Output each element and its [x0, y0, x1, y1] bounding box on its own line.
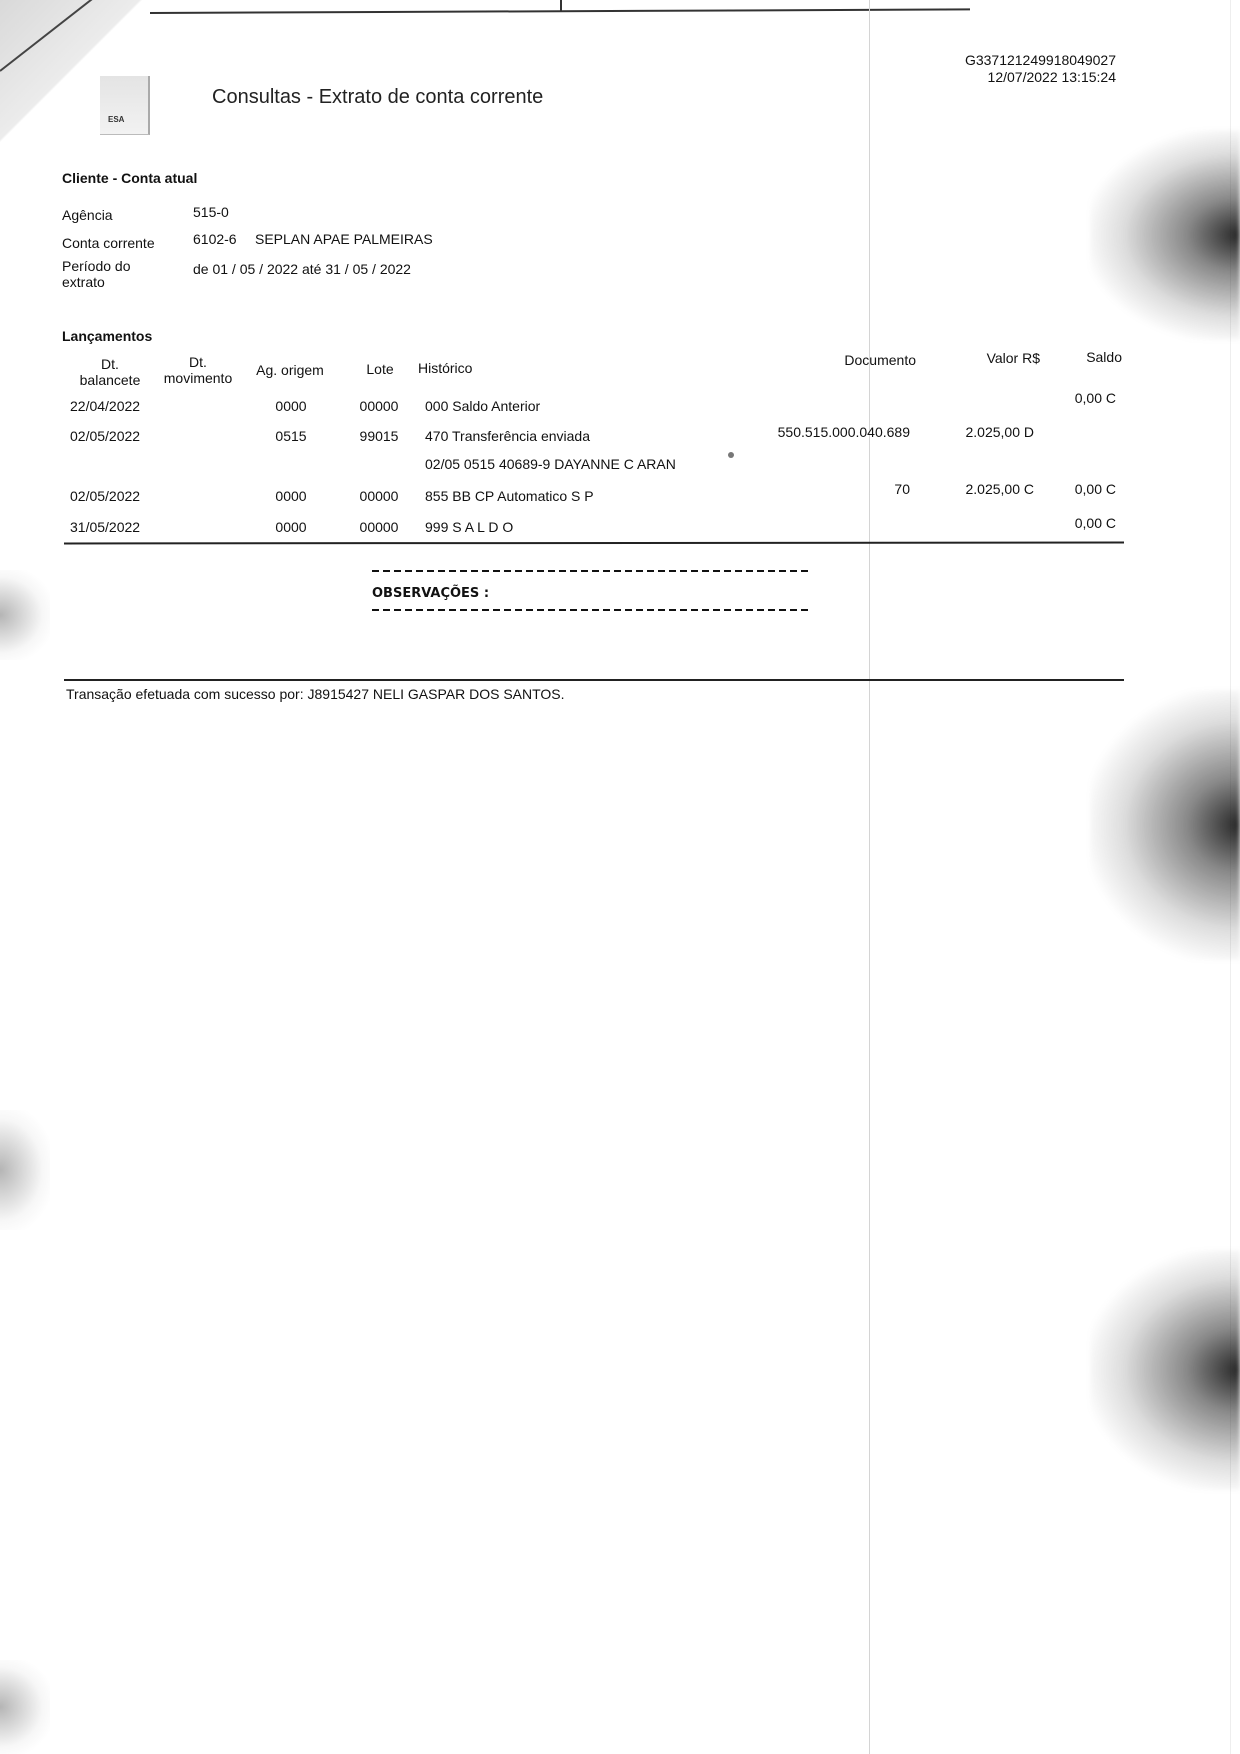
footer-rule [64, 679, 1124, 681]
cell-dt-balancete: 02/05/2022 [70, 428, 160, 444]
periodo-label-line1: Período do [62, 258, 131, 274]
col-header-text: balancete [68, 372, 152, 388]
observacoes-label: OBSERVAÇÕES : [372, 586, 489, 601]
observacoes-top-dashes [372, 570, 810, 572]
agencia-label: Agência [62, 207, 113, 223]
scan-smudge [1090, 1250, 1240, 1490]
conta-label: Conta corrente [62, 235, 155, 251]
cell-historico: 000 Saldo Anterior [425, 398, 765, 414]
document-code: G337121249918049027 [900, 52, 1116, 69]
cell-historico: 855 BB CP Automatico S P [425, 488, 765, 504]
page-title: Consultas - Extrato de conta corrente [212, 86, 543, 109]
table-bottom-rule [64, 542, 1124, 545]
lancamentos-section-title: Lançamentos [62, 328, 152, 344]
periodo-value: de 01 / 05 / 2022 até 31 / 05 / 2022 [193, 261, 411, 277]
scan-vertical-line [869, 0, 870, 1754]
cell-dt-balancete: 31/05/2022 [70, 519, 160, 535]
agencia-value: 515-0 [193, 204, 229, 220]
col-lote: Lote [360, 361, 400, 377]
cell-historico: 470 Transferência enviada [425, 428, 765, 444]
col-documento: Documento [800, 352, 916, 368]
conta-value: 6102-6 [193, 231, 237, 247]
cell-lote: 99015 [354, 428, 404, 444]
cell-dt-balancete: 22/04/2022 [70, 398, 160, 414]
cell-lote: 00000 [354, 398, 404, 414]
cell-ag-origem: 0000 [256, 488, 326, 504]
cell-documento: 70 [720, 481, 910, 497]
periodo-label: Período do extrato [62, 258, 131, 290]
cliente-section-title: Cliente - Conta atual [62, 170, 197, 186]
col-dt-balancete: Dt. balancete [68, 356, 152, 388]
col-historico: Histórico [418, 360, 472, 376]
cell-dt-balancete: 02/05/2022 [70, 488, 160, 504]
logo-text: ESA [108, 115, 124, 124]
scan-smudge [0, 570, 50, 660]
cell-valor: 2.025,00 C [930, 481, 1034, 497]
cell-historico: 02/05 0515 40689-9 DAYANNE C ARAN [425, 456, 765, 472]
cell-lote: 00000 [354, 519, 404, 535]
scan-smudge [1090, 690, 1240, 960]
scan-smudge [0, 1110, 50, 1230]
cell-valor: 2.025,00 D [930, 424, 1034, 440]
scan-smudge [1090, 130, 1240, 340]
stray-mark [728, 452, 734, 458]
cell-saldo: 0,00 C [1046, 390, 1116, 406]
cell-ag-origem: 0515 [256, 428, 326, 444]
titular-name: SEPLAN APAE PALMEIRAS [255, 231, 433, 247]
document-timestamp: 12/07/2022 13:15:24 [900, 69, 1116, 86]
cell-historico: 999 S A L D O [425, 519, 765, 535]
scan-smudge [0, 1660, 50, 1754]
cell-ag-origem: 0000 [256, 519, 326, 535]
bank-logo: ESA [100, 76, 150, 135]
cell-documento: 550.515.000.040.689 [720, 424, 910, 440]
cell-saldo: 0,00 C [1046, 481, 1116, 497]
col-ag-origem: Ag. origem [248, 362, 332, 378]
col-header-text: Dt. [68, 356, 152, 372]
page-top-tick [560, 0, 562, 12]
col-valor: Valor R$ [960, 350, 1040, 366]
col-dt-movimento: Dt. movimento [156, 354, 240, 386]
col-header-text: Dt. [156, 354, 240, 370]
cell-lote: 00000 [354, 488, 404, 504]
footer-status: Transação efetuada com sucesso por: J891… [66, 686, 565, 702]
observacoes-bottom-dashes [372, 609, 810, 611]
periodo-label-line2: extrato [62, 274, 131, 290]
cell-saldo: 0,00 C [1046, 515, 1116, 531]
document-id: G337121249918049027 12/07/2022 13:15:24 [900, 52, 1116, 86]
col-header-text: movimento [156, 370, 240, 386]
col-saldo: Saldo [1060, 349, 1122, 365]
cell-ag-origem: 0000 [256, 398, 326, 414]
